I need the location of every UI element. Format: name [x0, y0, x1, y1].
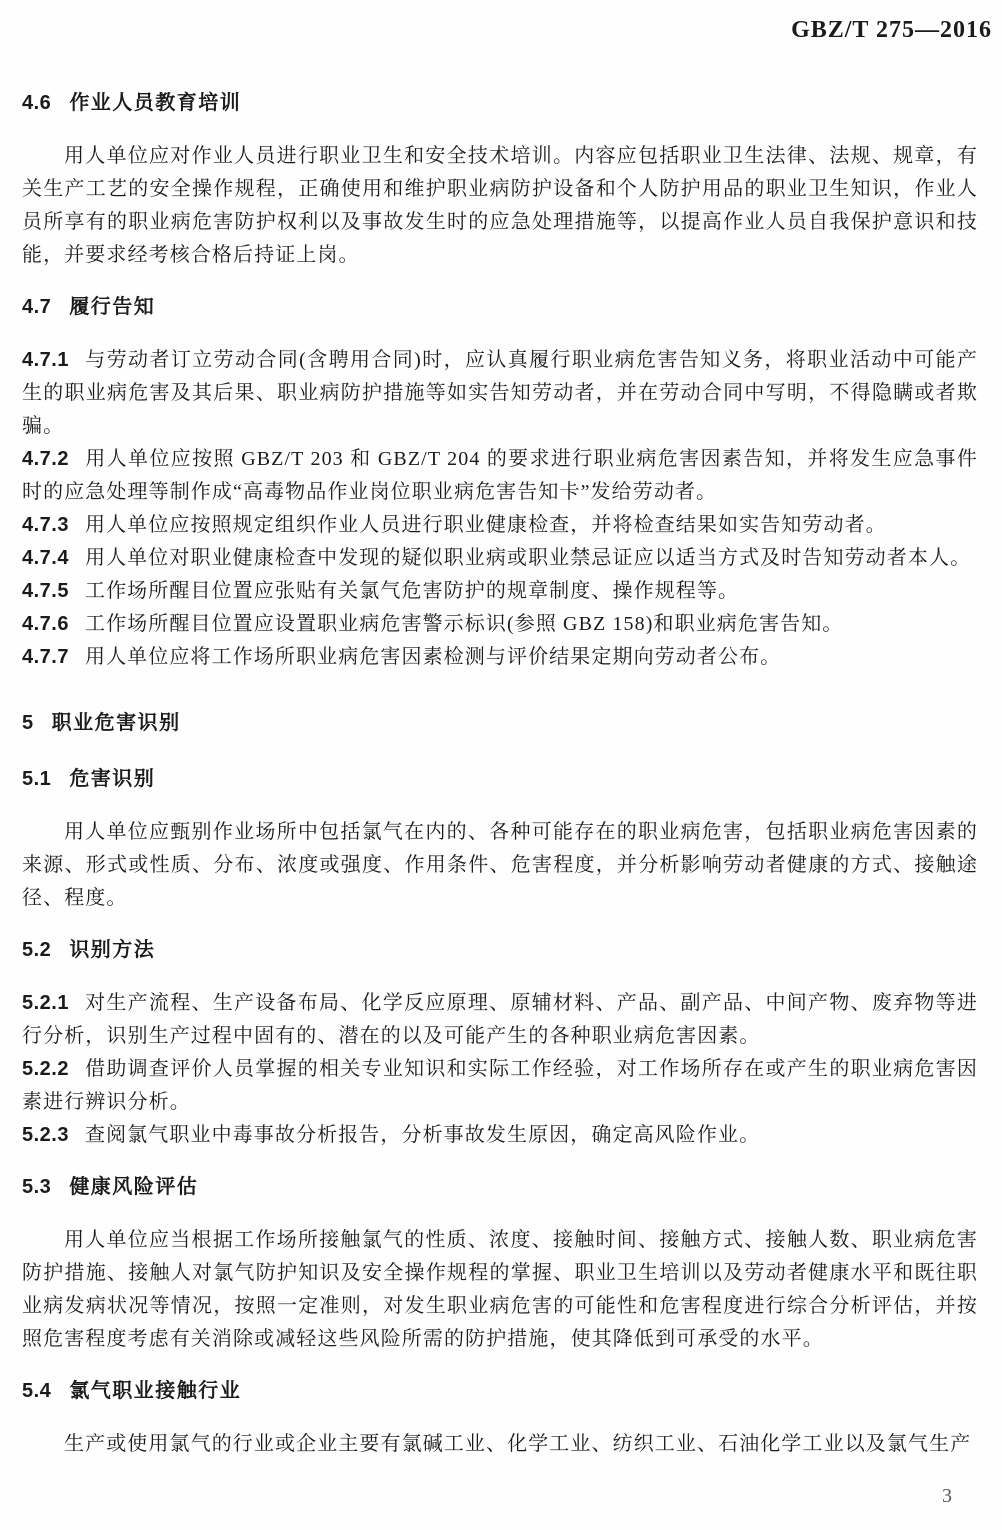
clause-number: 4.7.3 — [22, 514, 69, 536]
clause-number: 4.7.6 — [22, 613, 69, 635]
clause-4-7-5: 4.7.5工作场所醒目位置应张贴有关氯气危害防护的规章制度、操作规程等。 — [22, 575, 978, 608]
clause-number: 5.2.1 — [22, 992, 69, 1014]
clause-4-7-4: 4.7.4用人单位对职业健康检查中发现的疑似职业病或职业禁忌证应以适当方式及时告… — [22, 542, 978, 575]
clause-number: 4.7.5 — [22, 580, 69, 602]
clause-number: 4.7.1 — [22, 349, 69, 371]
section-heading-4-7: 4.7履行告知 — [22, 294, 978, 320]
paragraph-5-4: 生产或使用氯气的行业或企业主要有氯碱工业、化学工业、纺织工业、石油化学工业以及氯… — [22, 1428, 978, 1461]
clause-text: 用人单位应按照 GBZ/T 203 和 GBZ/T 204 的要求进行职业病危害… — [22, 448, 978, 503]
clause-4-7-2: 4.7.2用人单位应按照 GBZ/T 203 和 GBZ/T 204 的要求进行… — [22, 443, 978, 509]
chapter-title: 职业危害识别 — [52, 712, 181, 734]
clause-5-2-1: 5.2.1对生产流程、生产设备布局、化学反应原理、原辅材料、产品、副产品、中间产… — [22, 987, 978, 1053]
clause-text: 工作场所醒目位置应张贴有关氯气危害防护的规章制度、操作规程等。 — [85, 580, 739, 602]
section-title: 氯气职业接触行业 — [69, 1380, 241, 1402]
clause-4-7-3: 4.7.3用人单位应按照规定组织作业人员进行职业健康检查，并将检查结果如实告知劳… — [22, 509, 978, 542]
clause-number: 5.2.2 — [22, 1058, 69, 1080]
paragraph-4-6: 用人单位应对作业人员进行职业卫生和安全技术培训。内容应包括职业卫生法律、法规、规… — [22, 140, 978, 272]
clause-text: 与劳动者订立劳动合同(含聘用合同)时，应认真履行职业病危害告知义务，将职业活动中… — [22, 349, 978, 437]
section-heading-5-3: 5.3健康风险评估 — [22, 1174, 978, 1200]
section-title: 危害识别 — [69, 768, 155, 790]
section-number: 5.1 — [22, 766, 51, 792]
clause-number: 4.7.4 — [22, 547, 69, 569]
clause-text: 用人单位应将工作场所职业病危害因素检测与评价结果定期向劳动者公布。 — [85, 646, 781, 668]
section-number: 5.3 — [22, 1174, 51, 1200]
chapter-number: 5 — [22, 710, 34, 736]
section-title: 健康风险评估 — [69, 1176, 198, 1198]
section-heading-5-2: 5.2识别方法 — [22, 937, 978, 963]
clause-5-2-2: 5.2.2借助调查评价人员掌握的相关专业知识和实际工作经验，对工作场所存在或产生… — [22, 1053, 978, 1119]
clause-number: 5.2.3 — [22, 1124, 69, 1146]
clause-4-7-6: 4.7.6工作场所醒目位置应设置职业病危害警示标识(参照 GBZ 158)和职业… — [22, 608, 978, 641]
section-title: 识别方法 — [69, 939, 155, 961]
section-number: 4.7 — [22, 294, 51, 320]
clause-number: 4.7.2 — [22, 448, 69, 470]
section-number: 5.4 — [22, 1378, 51, 1404]
section-title: 作业人员教育培训 — [69, 92, 241, 114]
section-heading-5-1: 5.1危害识别 — [22, 766, 978, 792]
document-content: 4.6作业人员教育培训 用人单位应对作业人员进行职业卫生和安全技术培训。内容应包… — [0, 90, 1002, 1461]
clause-5-2-3: 5.2.3查阅氯气职业中毒事故分析报告，分析事故发生原因，确定高风险作业。 — [22, 1119, 978, 1152]
clause-text: 工作场所醒目位置应设置职业病危害警示标识(参照 GBZ 158)和职业病危害告知… — [85, 613, 843, 635]
clause-text: 用人单位应按照规定组织作业人员进行职业健康检查，并将检查结果如实告知劳动者。 — [85, 514, 887, 536]
page-number: 3 — [942, 1485, 952, 1508]
paragraph-5-1: 用人单位应甄别作业场所中包括氯气在内的、各种可能存在的职业病危害，包括职业病危害… — [22, 816, 978, 915]
clause-text: 用人单位对职业健康检查中发现的疑似职业病或职业禁忌证应以适当方式及时告知劳动者本… — [85, 547, 971, 569]
chapter-heading-5: 5职业危害识别 — [22, 710, 978, 736]
clause-text: 查阅氯气职业中毒事故分析报告，分析事故发生原因，确定高风险作业。 — [85, 1124, 760, 1146]
document-page: GBZ/T 275—2016 4.6作业人员教育培训 用人单位应对作业人员进行职… — [0, 0, 1002, 1530]
section-heading-5-4: 5.4氯气职业接触行业 — [22, 1378, 978, 1404]
paragraph-5-3: 用人单位应当根据工作场所接触氯气的性质、浓度、接触时间、接触方式、接触人数、职业… — [22, 1224, 978, 1356]
section-number: 5.2 — [22, 937, 51, 963]
clause-text: 对生产流程、生产设备布局、化学反应原理、原辅材料、产品、副产品、中间产物、废弃物… — [22, 992, 978, 1047]
clause-number: 4.7.7 — [22, 646, 69, 668]
section-title: 履行告知 — [69, 296, 155, 318]
clause-4-7-7: 4.7.7用人单位应将工作场所职业病危害因素检测与评价结果定期向劳动者公布。 — [22, 641, 978, 674]
section-heading-4-6: 4.6作业人员教育培训 — [22, 90, 978, 116]
standard-number-header: GBZ/T 275—2016 — [0, 0, 1002, 44]
clause-4-7-1: 4.7.1与劳动者订立劳动合同(含聘用合同)时，应认真履行职业病危害告知义务，将… — [22, 344, 978, 443]
clause-text: 借助调查评价人员掌握的相关专业知识和实际工作经验，对工作场所存在或产生的职业病危… — [22, 1058, 978, 1113]
section-number: 4.6 — [22, 90, 51, 116]
